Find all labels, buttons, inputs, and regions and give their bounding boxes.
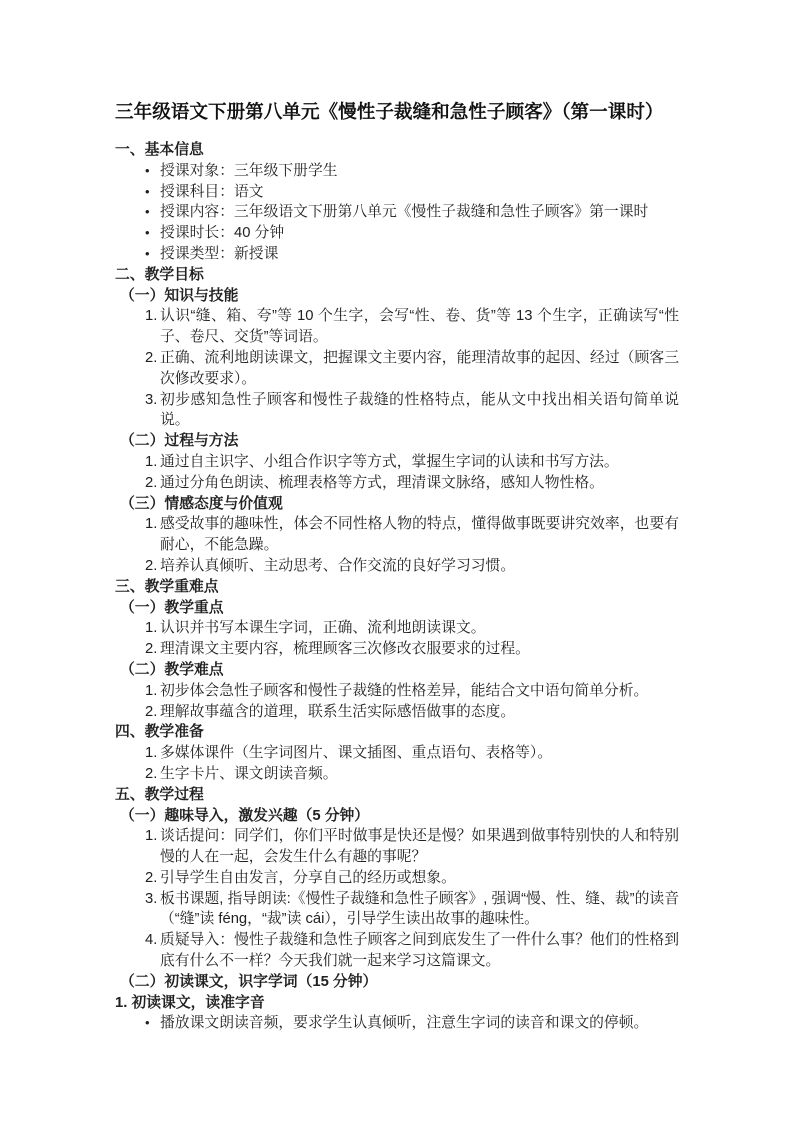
- item-number: 3.: [115, 390, 160, 411]
- item-number: 2.: [115, 556, 160, 577]
- item-number: 1.: [115, 681, 160, 702]
- bullet-item: •授课科目：语文: [115, 182, 679, 203]
- item-text: 授课内容：三年级语文下册第八单元《慢性子裁缝和急性子顾客》第一课时: [160, 202, 679, 223]
- sub-heading: （二）过程与方法: [120, 431, 679, 452]
- item-number: 1.: [115, 514, 160, 535]
- sub-heading: （二）教学难点: [120, 660, 679, 681]
- numbered-list: 1.感受故事的趣味性，体会不同性格人物的特点，懂得做事既要讲究效率，也要有耐心，…: [115, 514, 679, 576]
- document-title: 三年级语文下册第八单元《慢性子裁缝和急性子顾客》（第一课时）: [115, 99, 679, 125]
- numbered-item: 3.初步感知急性子顾客和慢性子裁缝的性格特点，能从文中找出相关语句简单说说。: [115, 390, 679, 432]
- numbered-list: 1.多媒体课件（生字词图片、课文插图、重点语句、表格等）。2.生字卡片、课文朗读…: [115, 743, 679, 785]
- numbered-list: 1.通过自主识字、小组合作识字等方式，掌握生字词的认读和书写方法。2.通过分角色…: [115, 452, 679, 494]
- numbered-item: 1.认识“缝、箱、夸”等 10 个生字，会写“性、卷、货”等 13 个生字，正确…: [115, 306, 679, 348]
- numbered-item: 1.通过自主识字、小组合作识字等方式，掌握生字词的认读和书写方法。: [115, 452, 679, 473]
- bullet-list: •授课对象：三年级下册学生•授课科目：语文•授课内容：三年级语文下册第八单元《慢…: [115, 161, 679, 265]
- item-number: 4.: [115, 930, 160, 951]
- item-text: 板书课题, 指导朗读:《慢性子裁缝和急性子顾客》, 强调“慢、性、缝、裁”的读音…: [160, 889, 679, 931]
- numbered-item: 2.引导学生自由发言，分享自己的经历或想象。: [115, 868, 679, 889]
- numbered-item: 2.理清课文主要内容，梳理顾客三次修改衣服要求的过程。: [115, 639, 679, 660]
- bullet-icon: •: [115, 244, 160, 265]
- section-heading: 五、教学过程: [115, 785, 679, 806]
- document-blocks: 一、基本信息•授课对象：三年级下册学生•授课科目：语文•授课内容：三年级语文下册…: [115, 140, 679, 1034]
- numbered-item: 2.正确、流利地朗读课文，把握课文主要内容，能理清故事的起因、经过（顾客三次修改…: [115, 348, 679, 390]
- document-page: 三年级语文下册第八单元《慢性子裁缝和急性子顾客》（第一课时） 一、基本信息•授课…: [0, 0, 794, 1123]
- bullet-item: •授课内容：三年级语文下册第八单元《慢性子裁缝和急性子顾客》第一课时: [115, 202, 679, 223]
- numbered-item: 3.板书课题, 指导朗读:《慢性子裁缝和急性子顾客》, 强调“慢、性、缝、裁”的…: [115, 889, 679, 931]
- sub-heading: （二）初读课文，识字学词（15 分钟）: [120, 972, 679, 993]
- numbered-item: 2.通过分角色朗读、梳理表格等方式，理清课文脉络，感知人物性格。: [115, 473, 679, 494]
- item-text: 授课时长：40 分钟: [160, 223, 679, 244]
- bold-list-item: 1. 初读课文，读准字音: [115, 993, 679, 1014]
- item-number: 1.: [115, 743, 160, 764]
- numbered-list: 1.谈话提问：同学们，你们平时做事是快还是慢？如果遇到做事特别快的人和特别慢的人…: [115, 826, 679, 972]
- item-text: 谈话提问：同学们，你们平时做事是快还是慢？如果遇到做事特别快的人和特别慢的人在一…: [160, 826, 679, 868]
- item-text: 理清课文主要内容，梳理顾客三次修改衣服要求的过程。: [160, 639, 679, 660]
- section-heading: 三、教学重难点: [115, 577, 679, 598]
- item-number: 2.: [115, 764, 160, 785]
- bullet-icon: •: [115, 161, 160, 182]
- item-text: 多媒体课件（生字词图片、课文插图、重点语句、表格等）。: [160, 743, 679, 764]
- bullet-list: •播放课文朗读音频，要求学生认真倾听，注意生字词的读音和课文的停顿。: [115, 1013, 679, 1034]
- item-number: 1.: [115, 618, 160, 639]
- item-number: 2.: [115, 639, 160, 660]
- item-text: 培养认真倾听、主动思考、合作交流的良好学习习惯。: [160, 556, 679, 577]
- section-heading: 一、基本信息: [115, 140, 679, 161]
- item-text: 生字卡片、课文朗读音频。: [160, 764, 679, 785]
- item-text: 授课类型：新授课: [160, 244, 679, 265]
- bullet-item: •授课类型：新授课: [115, 244, 679, 265]
- item-text: 理解故事蕴含的道理，联系生活实际感悟做事的态度。: [160, 702, 679, 723]
- numbered-item: 2.培养认真倾听、主动思考、合作交流的良好学习习惯。: [115, 556, 679, 577]
- bullet-icon: •: [115, 223, 160, 244]
- item-number: 2.: [115, 702, 160, 723]
- item-text: 播放课文朗读音频，要求学生认真倾听，注意生字词的读音和课文的停顿。: [160, 1013, 679, 1034]
- item-text: 认识“缝、箱、夸”等 10 个生字，会写“性、卷、货”等 13 个生字，正确读写…: [160, 306, 679, 348]
- item-text: 初步体会急性子顾客和慢性子裁缝的性格差异，能结合文中语句简单分析。: [160, 681, 679, 702]
- sub-heading: （三）情感态度与价值观: [120, 494, 679, 515]
- bullet-icon: •: [115, 1013, 160, 1034]
- item-text: 初步感知急性子顾客和慢性子裁缝的性格特点，能从文中找出相关语句简单说说。: [160, 390, 679, 432]
- document-content: 三年级语文下册第八单元《慢性子裁缝和急性子顾客》（第一课时） 一、基本信息•授课…: [115, 0, 679, 1034]
- sub-heading: （一）趣味导入，激发兴趣（5 分钟）: [120, 806, 679, 827]
- item-text: 认识并书写本课生字词，正确、流利地朗读课文。: [160, 618, 679, 639]
- bullet-item: •授课对象：三年级下册学生: [115, 161, 679, 182]
- numbered-list: 1.认识并书写本课生字词，正确、流利地朗读课文。2.理清课文主要内容，梳理顾客三…: [115, 618, 679, 660]
- numbered-item: 1.认识并书写本课生字词，正确、流利地朗读课文。: [115, 618, 679, 639]
- item-number: 1.: [115, 306, 160, 327]
- numbered-item: 1.感受故事的趣味性，体会不同性格人物的特点，懂得做事既要讲究效率，也要有耐心，…: [115, 514, 679, 556]
- numbered-item: 4.质疑导入：慢性子裁缝和急性子顾客之间到底发生了一件什么事？他们的性格到底有什…: [115, 930, 679, 972]
- sub-heading: （一）知识与技能: [120, 286, 679, 307]
- bullet-icon: •: [115, 182, 160, 203]
- item-number: 2.: [115, 868, 160, 889]
- numbered-item: 1.谈话提问：同学们，你们平时做事是快还是慢？如果遇到做事特别快的人和特别慢的人…: [115, 826, 679, 868]
- item-number: 1.: [115, 826, 160, 847]
- item-number: 2.: [115, 348, 160, 369]
- bullet-item: •授课时长：40 分钟: [115, 223, 679, 244]
- numbered-item: 1.多媒体课件（生字词图片、课文插图、重点语句、表格等）。: [115, 743, 679, 764]
- item-text: 通过自主识字、小组合作识字等方式，掌握生字词的认读和书写方法。: [160, 452, 679, 473]
- numbered-item: 2.生字卡片、课文朗读音频。: [115, 764, 679, 785]
- item-number: 2.: [115, 473, 160, 494]
- item-text: 授课科目：语文: [160, 182, 679, 203]
- bullet-item: •播放课文朗读音频，要求学生认真倾听，注意生字词的读音和课文的停顿。: [115, 1013, 679, 1034]
- numbered-item: 2.理解故事蕴含的道理，联系生活实际感悟做事的态度。: [115, 702, 679, 723]
- item-number: 1.: [115, 452, 160, 473]
- item-number: 3.: [115, 889, 160, 910]
- item-text: 引导学生自由发言，分享自己的经历或想象。: [160, 868, 679, 889]
- sub-heading: （一）教学重点: [120, 598, 679, 619]
- item-text: 感受故事的趣味性，体会不同性格人物的特点，懂得做事既要讲究效率，也要有耐心，不能…: [160, 514, 679, 556]
- section-heading: 二、教学目标: [115, 265, 679, 286]
- section-heading: 四、教学准备: [115, 722, 679, 743]
- numbered-list: 1.初步体会急性子顾客和慢性子裁缝的性格差异，能结合文中语句简单分析。2.理解故…: [115, 681, 679, 723]
- item-text: 正确、流利地朗读课文，把握课文主要内容，能理清故事的起因、经过（顾客三次修改要求…: [160, 348, 679, 390]
- item-text: 授课对象：三年级下册学生: [160, 161, 679, 182]
- item-text: 质疑导入：慢性子裁缝和急性子顾客之间到底发生了一件什么事？他们的性格到底有什么不…: [160, 930, 679, 972]
- item-text: 通过分角色朗读、梳理表格等方式，理清课文脉络，感知人物性格。: [160, 473, 679, 494]
- bullet-icon: •: [115, 202, 160, 223]
- numbered-item: 1.初步体会急性子顾客和慢性子裁缝的性格差异，能结合文中语句简单分析。: [115, 681, 679, 702]
- numbered-list: 1.认识“缝、箱、夸”等 10 个生字，会写“性、卷、货”等 13 个生字，正确…: [115, 306, 679, 431]
